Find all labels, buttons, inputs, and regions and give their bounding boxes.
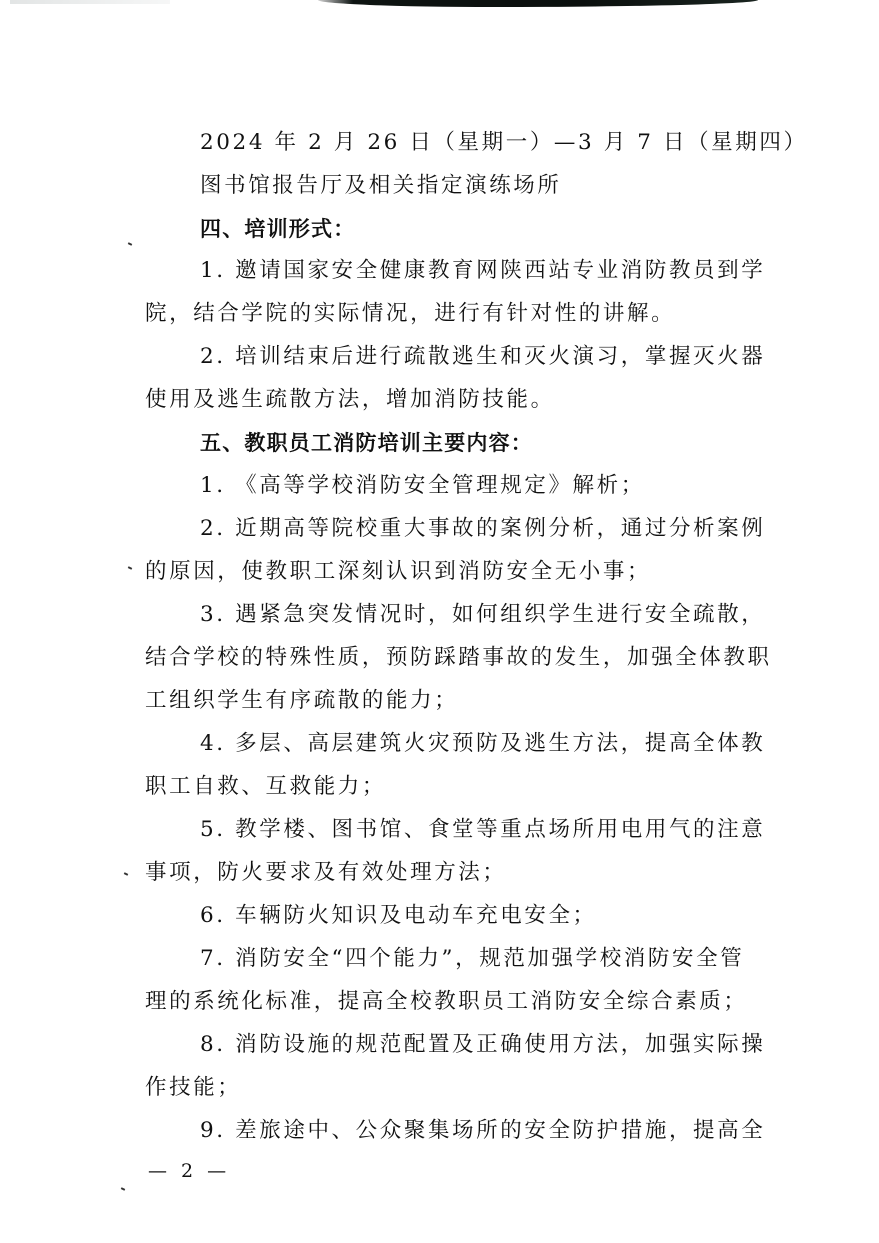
content-item-4-cont: 职工自救、互救能力； <box>145 772 386 802</box>
content-item-3-cont2: 工组织学生有序疏散的能力； <box>145 686 458 716</box>
content-item-7-cont: 理的系统化标准，提高全校教职员工消防安全综合素质； <box>145 987 748 1017</box>
page-number: — 2 — <box>148 1160 230 1182</box>
scan-artifact-faint <box>10 0 170 4</box>
content-item-3-cont: 结合学校的特殊性质，预防踩踏事故的发生，加强全体教职 <box>145 643 772 673</box>
content-item-3: 3. 遇紧急突发情况时，如何组织学生进行安全疏散， <box>200 600 765 630</box>
format-item-2: 2. 培训结束后进行疏散逃生和灭火演习，掌握灭火器 <box>200 342 765 372</box>
content-item-8: 8. 消防设施的规范配置及正确使用方法，加强实际操 <box>200 1030 765 1060</box>
content-item-5-cont: 事项，防火要求及有效处理方法； <box>145 858 507 888</box>
content-item-1: 1. 《高等学校消防安全管理规定》解析； <box>200 471 645 501</box>
scan-speck <box>124 872 128 876</box>
section-heading-training-format: 四、培训形式： <box>200 214 355 244</box>
scan-speck <box>128 566 132 570</box>
content-item-7: 7. 消防安全“四个能力”，规范加强学校消防安全管 <box>200 944 744 974</box>
scan-artifact-smudge <box>318 0 758 7</box>
schedule-dates: 2024 年 2 月 26 日（星期一）—3 月 7 日（星期四） <box>200 128 808 158</box>
format-item-2-cont: 使用及逃生疏散方法，增加消防技能。 <box>145 385 555 415</box>
scan-speck <box>128 242 132 246</box>
section-heading-main-content: 五、教职员工消防培训主要内容： <box>200 428 533 458</box>
content-item-2-cont: 的原因，使教职工深刻认识到消防安全无小事； <box>145 557 651 587</box>
scan-speck <box>121 1187 125 1191</box>
format-item-1: 1. 邀请国家安全健康教育网陕西站专业消防教员到学 <box>200 256 765 286</box>
format-item-1-cont: 院，结合学院的实际情况，进行有针对性的讲解。 <box>145 299 675 329</box>
training-location: 图书馆报告厅及相关指定演练场所 <box>200 171 562 201</box>
content-item-5: 5. 教学楼、图书馆、食堂等重点场所用电用气的注意 <box>200 815 765 845</box>
content-item-9: 9. 差旅途中、公众聚集场所的安全防护措施，提高全 <box>200 1116 765 1146</box>
content-item-8-cont: 作技能； <box>145 1073 241 1103</box>
content-item-6: 6. 车辆防火知识及电动车充电安全； <box>200 901 597 931</box>
content-item-2: 2. 近期高等院校重大事故的案例分析，通过分析案例 <box>200 514 765 544</box>
content-item-4: 4. 多层、高层建筑火灾预防及逃生方法，提高全体教 <box>200 729 765 759</box>
